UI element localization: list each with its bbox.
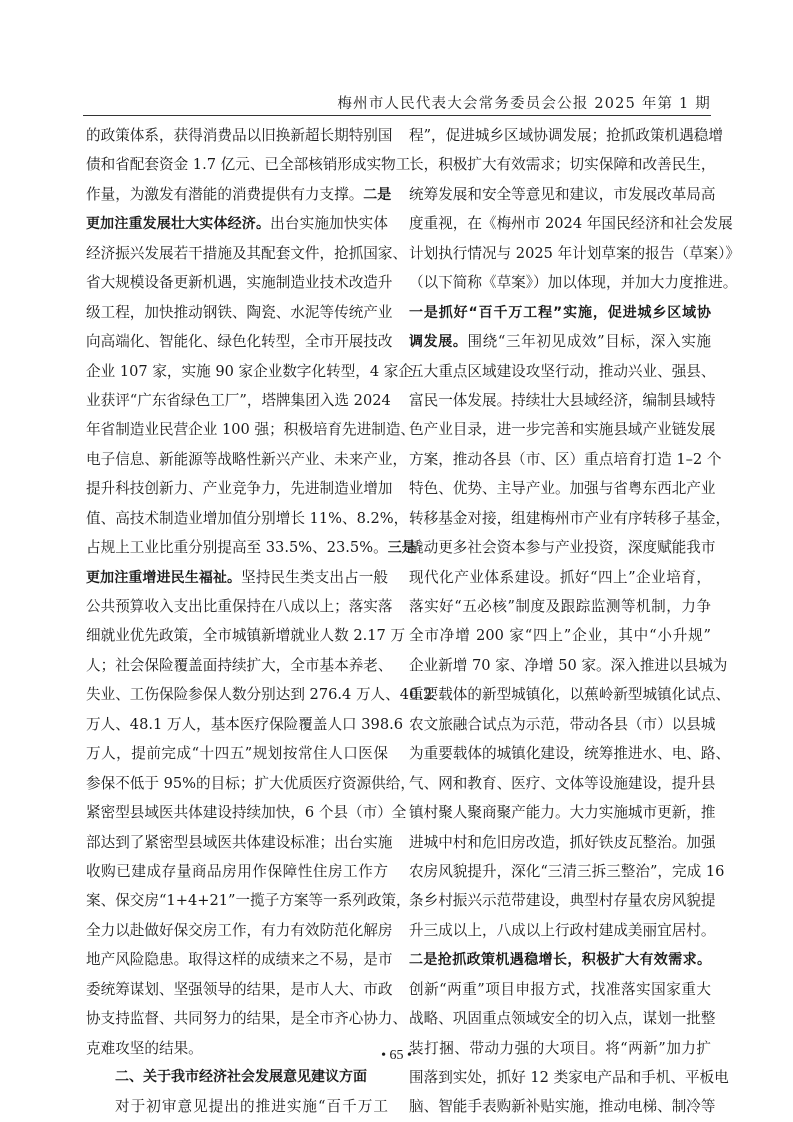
text-line: 的政策体系，获得消费品以旧换新超长期特别国 [86,121,388,150]
text-line: 镇村聚人聚商聚产能力。大力实施城市更新，推 [409,798,711,827]
text-line: 级工程，加快推动钢铁、陶瓷、水泥等传统产业 [86,298,388,327]
text-line: 程”，促进城乡区域协调发展；抢抓政策机遇稳增 [409,121,711,150]
text-line: 脑、智能手表购新补贴实施，推动电梯、制冷等 [409,1092,711,1121]
text-line: 作量，为激发有潜能的消费提供有力支撑。二是 [86,180,388,209]
text-line: 创新“两重”项目申报方式，找准落实国家重大 [409,975,711,1004]
text-line: 富民一体发展。持续壮大县域经济，编制县域特 [409,386,711,415]
text-line: 围落到实处，抓好 12 类家电产品和手机、平板电 [409,1063,711,1092]
text-line: 年省制造业民营企业 100 强；积极培育先进制造、 [86,415,388,444]
bold-point-heading: 二是抢抓政策机遇稳增长，积极扩大有效需求。 [409,952,711,968]
text-line: 重要载体的新型城镇化，以蕉岭新型城镇化试点、 [409,680,711,709]
text-line: 全市净增 200 家“四上”企业，其中“小升规” [409,621,711,650]
header-rule [83,115,711,116]
right-column: 程”，促进城乡区域协调发展；抢抓政策机遇稳增长，积极扩大有效需求；切实保障和改善… [409,121,711,1122]
bold-point-heading: 更加注重增进民生福祉。 [86,570,241,586]
text-line: 为重要载体的城镇化建设，统筹推进水、电、路、 [409,739,711,768]
text-line: 进城中村和危旧房改造，抓好铁皮瓦整治。加强 [409,828,711,857]
text-line: 参保不低于 95%的目标；扩大优质医疗资源供给， [86,769,388,798]
text-line: 五大重点区域建设攻坚行动，推动兴业、强县、 [409,357,711,386]
text-run: 围绕“三年初见成效”目标，深入实施 [467,333,711,350]
left-column: 的政策体系，获得消费品以旧换新超长期特别国债和省配套资金 1.7 亿元、已全部核… [86,121,388,1122]
text-line: 方案，推动各县（市、区）重点培育打造 1–2 个 [409,445,711,474]
text-line: 委统筹谋划、坚强领导的结果，是市人大、市政 [86,975,388,1004]
text-line: 统筹发展和安全等意见和建议，市发展改革局高 [409,180,711,209]
text-line: 值、高技术制造业增加值分别增长 11%、8.2%， [86,504,388,533]
text-line: 现代化产业体系建设。抓好“四上”企业培育， [409,563,711,592]
text-line: 收购已建成存量商品房用作保障性住房工作方 [86,857,388,886]
text-line: 万人、48.1 万人，基本医疗保险覆盖人口 398.6 [86,710,388,739]
running-header: 梅州市人民代表大会常务委员会公报 2025 年第 1 期 [83,92,711,114]
text-line: 地产风险隐患。取得这样的成绩来之不易，是市 [86,945,388,974]
text-line: 向高端化、智能化、绿色化转型，全市开展技改 [86,327,388,356]
text-line: 升三成以上，八成以上行政村建成美丽宜居村。 [409,916,711,945]
text-line: 协支持监督、共同努力的结果，是全市齐心协力、 [86,1004,388,1033]
text-line: 公共预算收入支出比重保持在八成以上；落实落 [86,592,388,621]
text-line: 案、保交房“1+4+21”一揽子方案等一系列政策， [86,886,388,915]
text-line: 经济振兴发展若干措施及其配套文件，抢抓国家、 [86,239,388,268]
text-line: 细就业优先政策，全市城镇新增就业人数 2.17 万 [86,621,388,650]
text-line: 计划执行情况与 2025 年计划草案的报告（草案）》 [409,239,711,268]
text-line: 二是抢抓政策机遇稳增长，积极扩大有效需求。 [409,945,711,974]
text-line: 人；社会保险覆盖面持续扩大，全市基本养老、 [86,651,388,680]
text-line: 特色、优势、主导产业。加强与省粤东西北产业 [409,474,711,503]
text-line: （以下简称《草案》）加以体现，并加大力度推进。 [409,268,711,297]
text-line: 更加注重增进民生福祉。坚持民生类支出占一般 [86,563,388,592]
text-run: 占规上工业比重分别提高至 33.5%、23.5%。 [86,539,388,556]
bold-point-heading: 更加注重发展壮大实体经济。 [86,216,270,232]
text-line: 业获评“广东省绿色工厂”，塔牌集团入选 2024 [86,386,388,415]
text-line: 债和省配套资金 1.7 亿元、已全部核销形成实物工 [86,150,388,179]
text-line: 气、网和教育、医疗、文体等设施建设，提升县 [409,769,711,798]
text-line: 更加注重发展壮大实体经济。出台实施加快实体 [86,209,388,238]
bold-point-heading: 调发展。 [409,334,467,350]
text-run: 出台实施加快实体 [270,215,388,232]
text-line: 占规上工业比重分别提高至 33.5%、23.5%。三是 [86,533,388,562]
text-run: 作量，为激发有潜能的消费提供有力支撑。 [86,186,363,203]
text-line: 万人，提前完成“十四五”规划按常住人口医保 [86,739,388,768]
text-line: 企业新增 70 家、净增 50 家。深入推进以县城为 [409,651,711,680]
section-heading: 二、关于我市经济社会发展意见建议方面 [86,1063,388,1092]
text-run: 坚持民生类支出占一般 [241,569,388,586]
text-line: 电子信息、新能源等战略性新兴产业、未来产业， [86,445,388,474]
text-line: 失业、工伤保险参保人数分别达到 276.4 万人、40.2 [86,680,388,709]
text-line: 企业 107 家，实施 90 家企业数字化转型，4 家企 [86,357,388,386]
bold-point-heading: 一是抓好“百千万工程”实施，促进城乡区域协 [409,305,711,321]
text-line: 调发展。围绕“三年初见成效”目标，深入实施 [409,327,711,356]
page-number: • 65 • [0,1048,793,1064]
text-line: 紧密型县域医共体建设持续加快，6 个县（市）全 [86,798,388,827]
text-line: 转移基金对接，组建梅州市产业有序转移子基金， [409,504,711,533]
text-line: 提升科技创新力、产业竞争力，先进制造业增加 [86,474,388,503]
text-line: 农文旅融合试点为示范，带动各县（市）以县城 [409,710,711,739]
bold-point-heading: 二是 [363,187,391,203]
text-line: 撬动更多社会资本参与产业投资，深度赋能我市 [409,533,711,562]
text-line: 全力以赴做好保交房工作，有力有效防范化解房 [86,916,388,945]
text-line: 长，积极扩大有效需求；切实保障和改善民生， [409,150,711,179]
text-line: 部达到了紧密型县域医共体建设标准；出台实施 [86,828,388,857]
text-line: 度重视，在《梅州市 2024 年国民经济和社会发展 [409,209,711,238]
text-line: 落实好“五必核”制度及跟踪监测等机制，力争 [409,592,711,621]
text-line: 农房风貌提升，深化“三清三拆三整治”，完成 16 [409,857,711,886]
text-line: 省大规模设备更新机遇，实施制造业技术改造升 [86,268,388,297]
text-line: 一是抓好“百千万工程”实施，促进城乡区域协 [409,298,711,327]
paragraph-first-line: 对于初审意见提出的推进实施“百千万工 [86,1092,388,1121]
text-line: 战略、巩固重点领域安全的切入点，谋划一批整 [409,1004,711,1033]
text-line: 色产业目录，进一步完善和实施县域产业链发展 [409,415,711,444]
text-line: 条乡村振兴示范带建设，典型村存量农房风貌提 [409,886,711,915]
